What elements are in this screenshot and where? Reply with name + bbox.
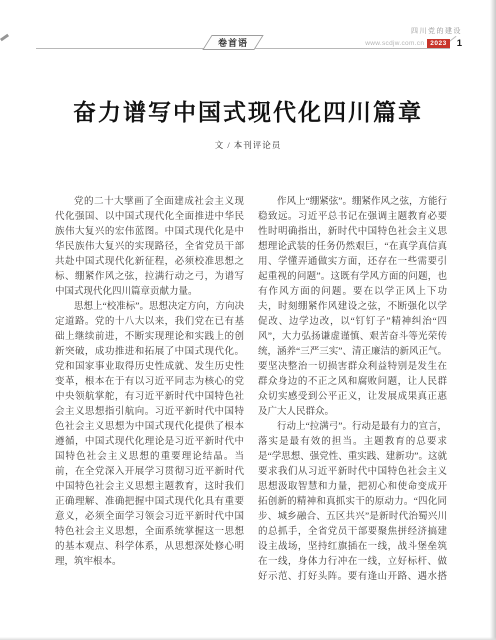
section-tab: 卷首语 bbox=[202, 35, 263, 50]
header-meta-row: www.scdjw.com.cn 2023 1 bbox=[365, 38, 462, 49]
article-body: 党的二十大擘画了全面建成社会主义现代化强国、以中国式现代化全面推进中华民族伟大复… bbox=[55, 195, 447, 585]
article-paragraph: 作风上“绷紧弦”。绷紧作风之弦，方能行稳致远。习近平总书记在强调主题教育必要性时… bbox=[258, 195, 447, 420]
year-badge: 2023 bbox=[427, 39, 449, 48]
spine-mark bbox=[0, 34, 9, 42]
article-byline: 文 / 本刊评论员 bbox=[0, 139, 496, 151]
magazine-name: 四川党的建设 bbox=[411, 27, 462, 36]
magazine-website: www.scdjw.com.cn bbox=[365, 40, 424, 47]
section-label: 卷首语 bbox=[218, 36, 248, 49]
header-right: 四川党的建设 www.scdjw.com.cn 2023 1 bbox=[365, 27, 462, 49]
article-title: 奋力谱写中国式现代化四川篇章 bbox=[48, 94, 448, 127]
page-edge-shadow-right bbox=[490, 0, 496, 640]
article-paragraph: 党的二十大擘画了全面建成社会主义现代化强国、以中国式现代化全面推进中华民族伟大复… bbox=[55, 195, 244, 300]
magazine-page: 卷首语 四川党的建设 www.scdjw.com.cn 2023 1 奋力谱写中… bbox=[0, 0, 496, 640]
article-paragraph: 思想上“校准标”。思想决定方向，方向决定道路。党的十八大以来，我们党在已有基础上… bbox=[55, 300, 244, 570]
page-number: 1 bbox=[457, 38, 462, 49]
